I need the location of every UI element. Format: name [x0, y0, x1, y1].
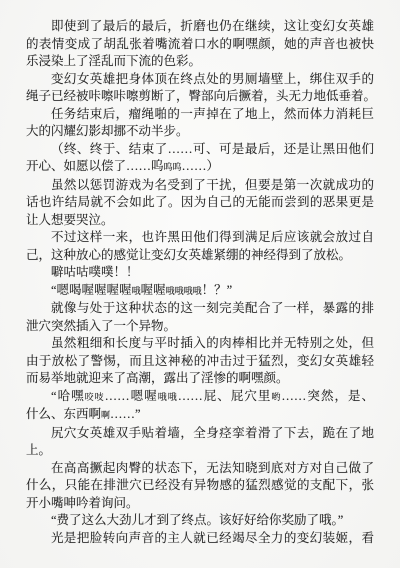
- text-segment: 在高高撅起肉臀的状态下，无法知晓到底对方对自己做了: [51, 461, 374, 475]
- text-segment: 的表情变成了胡乱张着嘴流着口水的啊嘿颜，她的声音也被快: [26, 37, 374, 51]
- small-onomatopoeia-text: 哦哦哦哦: [166, 286, 202, 296]
- text-segment: ……”: [110, 407, 141, 421]
- text-line: “费了这么大劲儿才到了终点。该好好给你奖励了哦。”: [26, 512, 374, 530]
- text-segment: 不过这样一来，也许黑田他们得到满足后应该就会放过自: [51, 230, 374, 244]
- text-line: 绳子已经被咔嚓咔嚓剪断了，臀部向后撅着，头无力地低垂着。: [26, 88, 374, 106]
- text-segment: 上。: [26, 443, 51, 457]
- text-segment: 光是把脸转向声音的主人就已经竭尽全力的变幻装姬，看: [51, 531, 374, 545]
- text-line: 己，这种放心的感觉让变幻女英雄紧绷的神经得到了放松。: [26, 247, 374, 265]
- text-segment: 尻穴女英雄双手贴着墙，全身痉挛着滑了下去，跪在了地: [51, 426, 374, 440]
- text-line: 的表情变成了胡乱张着嘴流着口水的啊嘿颜，她的声音也被快: [26, 36, 374, 54]
- text-segment: 乐浸染上了淫乱而下流的色彩。: [26, 54, 201, 68]
- text-segment: “费了这么大劲儿才到了终点。该好好给你奖励了哦。”: [51, 513, 343, 527]
- text-segment: 话也许结局就不会如此了。因为自己的无能而尝到的恶果更是: [26, 195, 374, 209]
- text-segment: 什么，只能在排泄穴已经没有异物感的猛烈感觉的支配下，张: [26, 478, 374, 492]
- small-onomatopoeia-text: 哦: [132, 286, 141, 296]
- small-onomatopoeia-text: 哦哦: [158, 392, 178, 402]
- text-line: 上。: [26, 442, 374, 460]
- text-line: 话也许结局就不会如此了。因为自己的无能而尝到的恶果更是: [26, 194, 374, 212]
- text-segment: 变幻女英雄把身体顶在终点处的男厕墙壁上，绑住双手的: [51, 72, 374, 86]
- text-segment: “嗯喝喔喔喔喔: [51, 283, 132, 297]
- text-line: 由于放松了警惕，而且这神秘的冲击过于猛烈，变幻女英雄轻: [26, 353, 374, 371]
- text-line: 什么、东西啊啊……”: [26, 406, 374, 425]
- text-line: 噼咕咕噗噗！！: [26, 264, 374, 282]
- text-line: 开小嘴呻吟着询问。: [26, 495, 374, 513]
- text-line: 在高高撅起肉臀的状态下，无法知晓到底对方对自己做了: [26, 460, 374, 478]
- document-page: 即使到了最后的最后，折磨也仍在继续，这让变幻女英雄的表情变成了胡乱张着嘴流着口水…: [0, 0, 400, 568]
- text-segment: 己，这种放心的感觉让变幻女英雄紧绷的神经得到了放松。: [26, 248, 351, 262]
- text-line: 就像与处于这种状态的这一刻完美配合了一样，暴露的排: [26, 300, 374, 318]
- text-segment: 由于放松了警惕，而且这神秘的冲击过于猛烈，变幻女英雄轻: [26, 354, 374, 368]
- text-segment: 虽然以惩罚游戏为名受到了干扰，但要是第一次就成功的: [51, 178, 374, 192]
- page-text: 即使到了最后的最后，折磨也仍在继续，这让变幻女英雄的表情变成了胡乱张着嘴流着口水…: [26, 18, 374, 547]
- text-line: 尻穴女英雄双手贴着墙，全身痉挛着滑了下去，跪在了地: [26, 425, 374, 443]
- text-line: （终、终于、结束了……可、可是最后，还是让黑田他们: [26, 141, 374, 159]
- small-onomatopoeia-text: 哟: [271, 392, 281, 402]
- text-line: 让人想要哭泣。: [26, 212, 374, 230]
- text-line: 泄穴突然插入了一个异物。: [26, 318, 374, 336]
- text-line: 大的闪耀幻影却挪不动半步。: [26, 123, 374, 141]
- text-line: 开心、如愿以偿了……呜呜呜……）: [26, 158, 374, 177]
- text-segment: 开小嘴呻吟着询问。: [26, 496, 139, 510]
- small-onomatopoeia-text: 呜呜: [164, 162, 182, 172]
- text-segment: 就像与处于这种状态的这一刻完美配合了一样，暴露的排: [51, 301, 374, 315]
- text-segment: ……嗯喔: [105, 389, 158, 403]
- text-line: 虽然粗细和长度与平时插入的肉棒相比并无特别之处，但: [26, 335, 374, 353]
- text-segment: （终、终于、结束了……可、可是最后，还是让黑田他们: [51, 142, 374, 156]
- text-segment: 虽然粗细和长度与平时插入的肉棒相比并无特别之处，但: [51, 336, 374, 350]
- text-segment: ！？”: [202, 283, 233, 297]
- small-onomatopoeia-text: 啊: [101, 410, 110, 420]
- text-segment: 让人想要哭泣。: [26, 213, 114, 227]
- text-segment: ……）: [182, 159, 220, 173]
- text-line: 而易举地就迎来了高潮，露出了淫惨的啊嘿颜。: [26, 370, 374, 388]
- text-segment: 开心、如愿以偿了……呜: [26, 159, 164, 173]
- text-segment: 即使到了最后的最后，折磨也仍在继续，这让变幻女英雄: [51, 19, 374, 33]
- text-segment: 噼咕咕噗噗！！: [51, 265, 139, 279]
- text-segment: 而易举地就迎来了高潮，露出了淫惨的啊嘿颜。: [26, 371, 289, 385]
- text-segment: ……突然，是、: [281, 389, 374, 403]
- text-line: 虽然以惩罚游戏为名受到了干扰，但要是第一次就成功的: [26, 177, 374, 195]
- text-segment: 大的闪耀幻影却挪不动半步。: [26, 124, 189, 138]
- text-line: 变幻女英雄把身体顶在终点处的男厕墙壁上，绑住双手的: [26, 71, 374, 89]
- text-line: 即使到了最后的最后，折磨也仍在继续，这让变幻女英雄: [26, 18, 374, 36]
- text-segment: 任务结束后，瘤绳啪的一声掉在了地上，然而体力消耗巨: [51, 107, 374, 121]
- text-segment: 什么、东西啊: [26, 407, 101, 421]
- text-segment: 绳子已经被咔嚓咔嚓剪断了，臀部向后撅着，头无力地低垂着。: [26, 89, 376, 103]
- text-segment: ……屁、屁穴里: [178, 389, 272, 403]
- text-line: “哈嘿咬吱……嗯喔哦哦……屁、屁穴里哟……突然，是、: [26, 388, 374, 407]
- text-segment: 喔喔: [141, 283, 166, 297]
- text-segment: 泄穴突然插入了一个异物。: [26, 319, 176, 333]
- text-line: 什么，只能在排泄穴已经没有异物感的猛烈感觉的支配下，张: [26, 477, 374, 495]
- text-segment: “哈嘿: [51, 389, 85, 403]
- text-line: 不过这样一来，也许黑田他们得到满足后应该就会放过自: [26, 229, 374, 247]
- text-line: 乐浸染上了淫乱而下流的色彩。: [26, 53, 374, 71]
- text-line: 任务结束后，瘤绳啪的一声掉在了地上，然而体力消耗巨: [26, 106, 374, 124]
- text-line: “嗯喝喔喔喔喔哦喔喔哦哦哦哦！？”: [26, 282, 374, 301]
- small-onomatopoeia-text: 咬吱: [85, 392, 105, 402]
- scanned-page-body: { "colors": { "paper": "#f8f8f6", "ink":…: [0, 0, 400, 568]
- text-line: 光是把脸转向声音的主人就已经竭尽全力的变幻装姬，看: [26, 530, 374, 548]
